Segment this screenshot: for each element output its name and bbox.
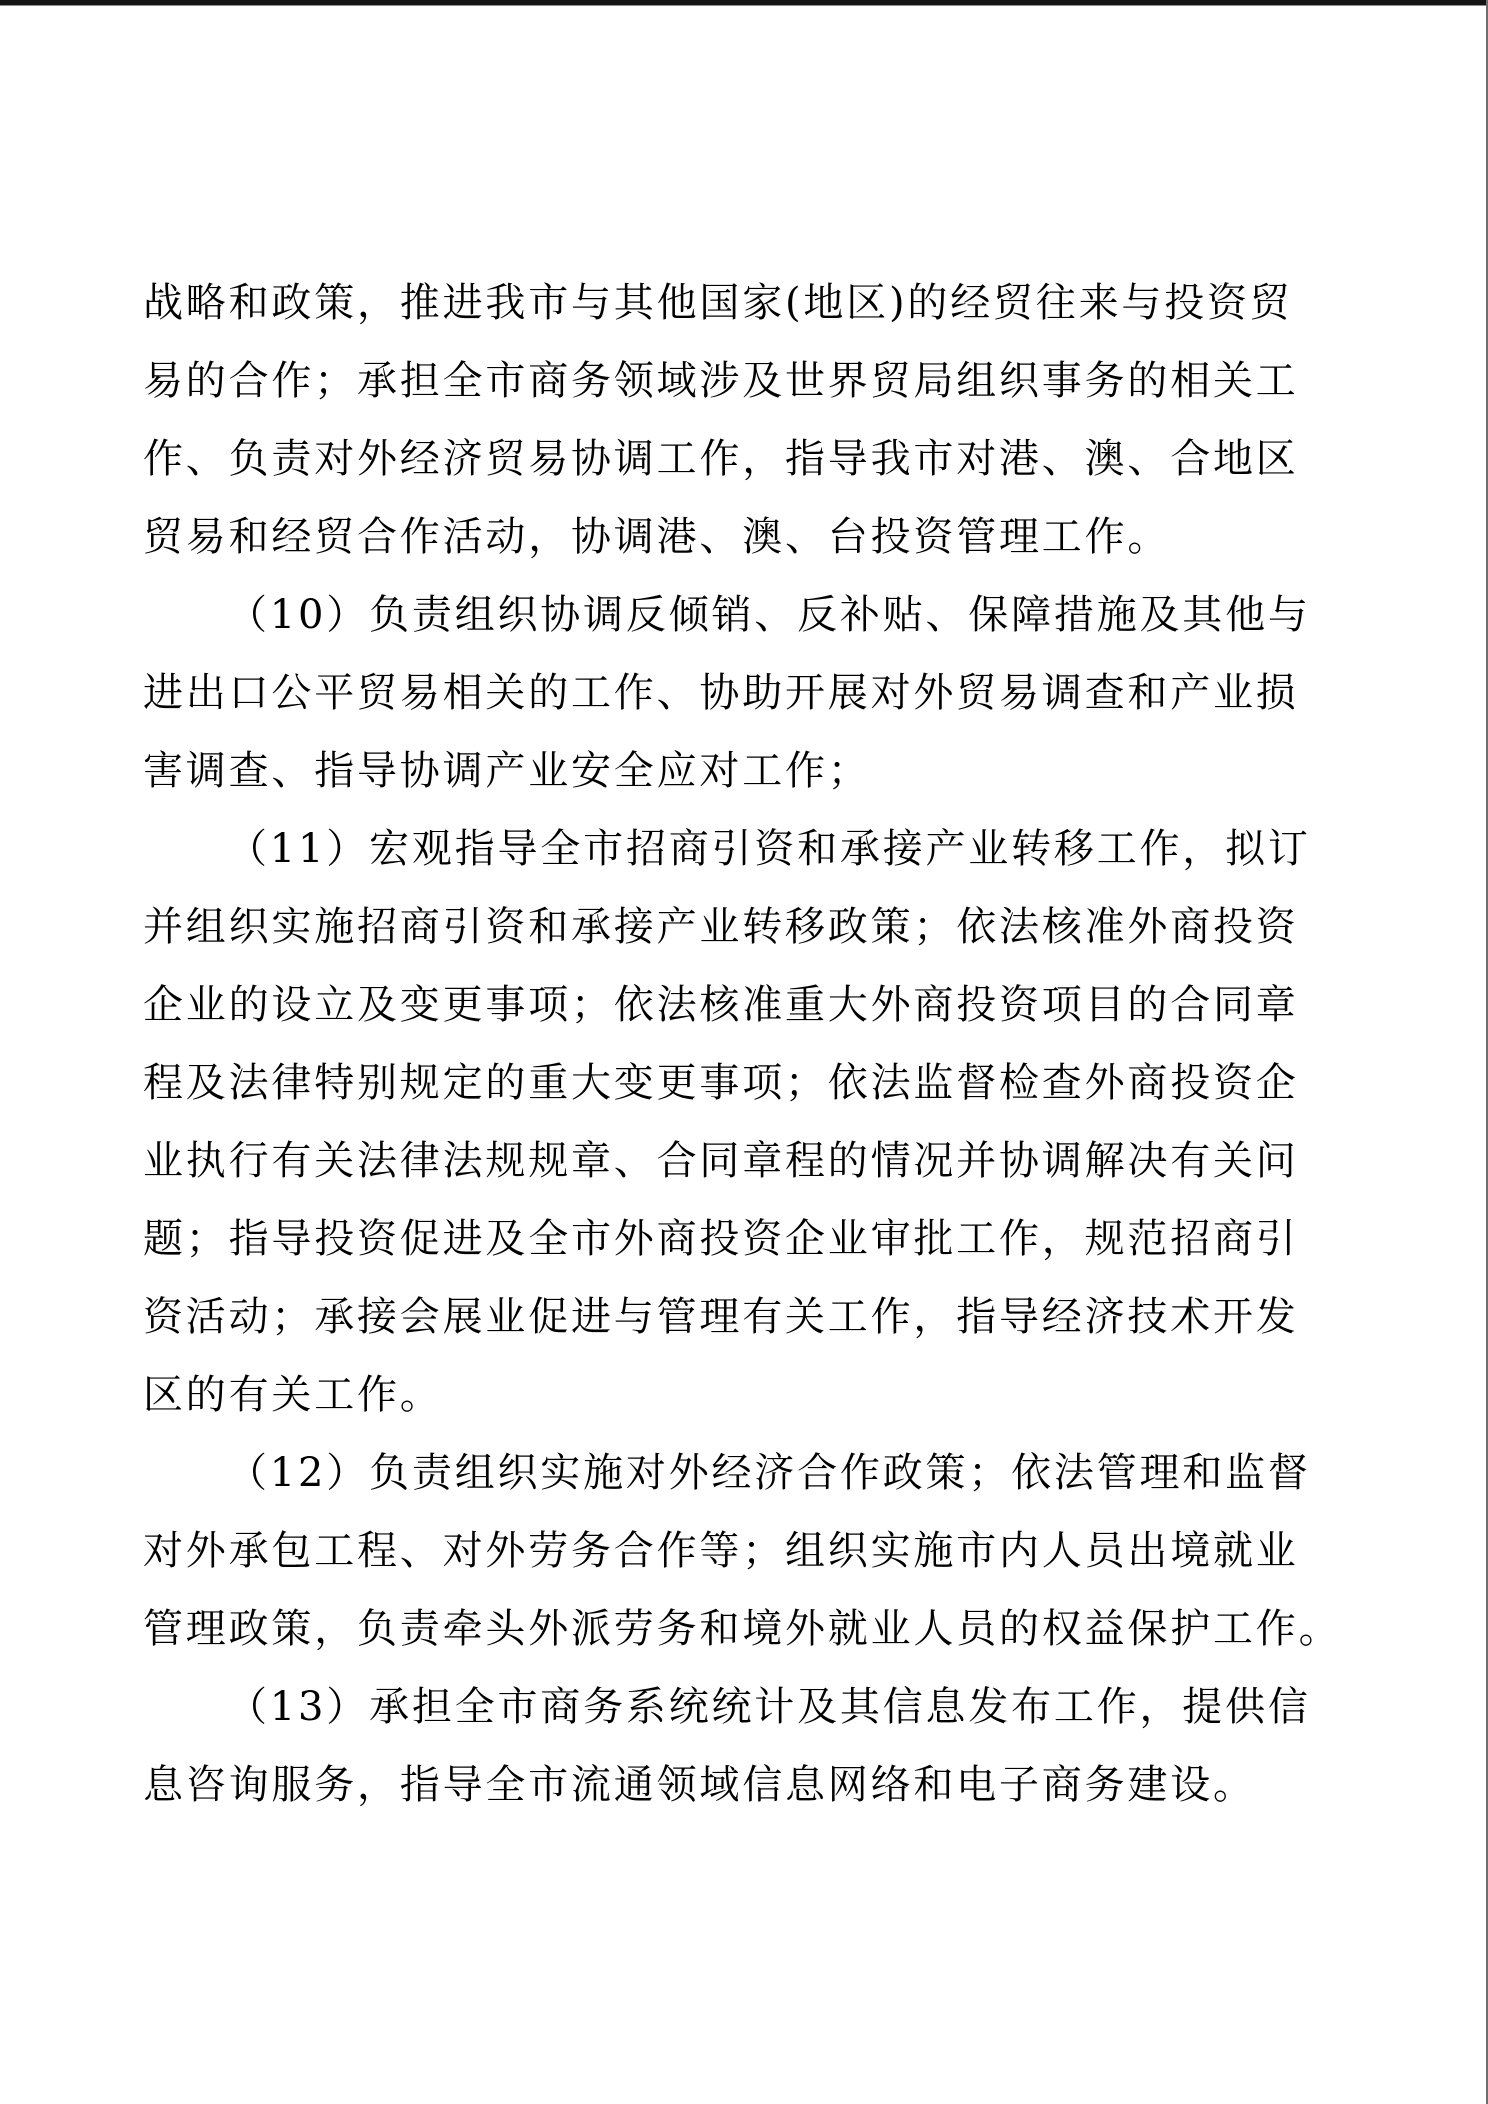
text-line: 作、负责对外经济贸易协调工作，指导我市对港、澳、合地区 <box>143 420 1353 498</box>
page-top-edge-bar <box>0 0 1488 6</box>
text-line: 资活动；承接会展业促进与管理有关工作，指导经济技术开发 <box>143 1278 1353 1356</box>
text-line: 贸易和经贸合作活动，协调港、澳、台投资管理工作。 <box>143 498 1353 576</box>
text-line: 程及法律特别规定的重大变更事项；依法监督检查外商投资企 <box>143 1044 1353 1122</box>
text-line-paragraph-start-13: （13）承担全市商务系统统计及其信息发布工作，提供信 <box>143 1668 1353 1746</box>
document-body-text: 战略和政策，推进我市与其他国家(地区)的经贸往来与投资贸 易的合作；承担全市商务… <box>143 264 1353 1824</box>
text-line: 区的有关工作。 <box>143 1356 1353 1434</box>
text-line: 题；指导投资促进及全市外商投资企业审批工作，规范招商引 <box>143 1200 1353 1278</box>
text-line-paragraph-start-10: （10）负责组织协调反倾销、反补贴、保障措施及其他与 <box>143 576 1353 654</box>
text-line: 进出口公平贸易相关的工作、协助开展对外贸易调查和产业损 <box>143 654 1353 732</box>
text-line: 易的合作；承担全市商务领域涉及世界贸局组织事务的相关工 <box>143 342 1353 420</box>
text-line: 并组织实施招商引资和承接产业转移政策；依法核准外商投资 <box>143 888 1353 966</box>
document-page: 战略和政策，推进我市与其他国家(地区)的经贸往来与投资贸 易的合作；承担全市商务… <box>0 0 1488 2104</box>
text-line: 战略和政策，推进我市与其他国家(地区)的经贸往来与投资贸 <box>143 264 1353 342</box>
text-line: 息咨询服务，指导全市流通领域信息网络和电子商务建设。 <box>143 1746 1353 1824</box>
text-line-paragraph-start-11: （11）宏观指导全市招商引资和承接产业转移工作，拟订 <box>143 810 1353 888</box>
text-line: 害调查、指导协调产业安全应对工作； <box>143 732 1353 810</box>
text-line: 对外承包工程、对外劳务合作等；组织实施市内人员出境就业 <box>143 1512 1353 1590</box>
text-line: 企业的设立及变更事项；依法核准重大外商投资项目的合同章 <box>143 966 1353 1044</box>
text-line: 业执行有关法律法规规章、合同章程的情况并协调解决有关问 <box>143 1122 1353 1200</box>
text-line-paragraph-start-12: （12）负责组织实施对外经济合作政策；依法管理和监督 <box>143 1434 1353 1512</box>
text-line: 管理政策，负责牵头外派劳务和境外就业人员的权益保护工作。 <box>143 1590 1353 1668</box>
